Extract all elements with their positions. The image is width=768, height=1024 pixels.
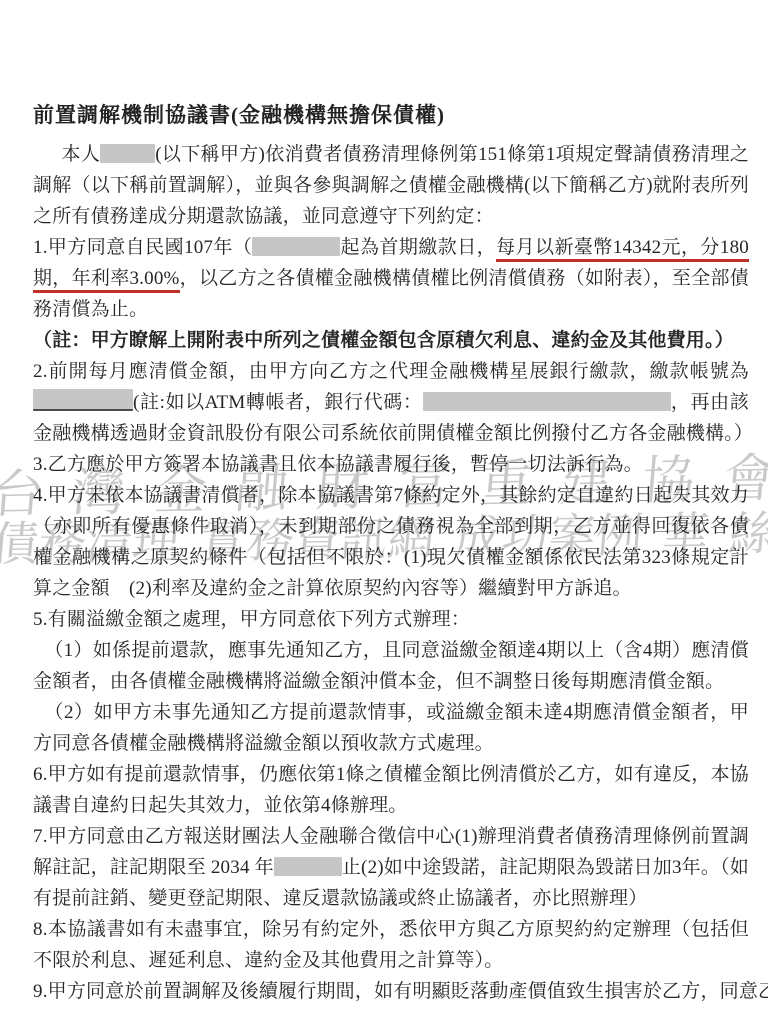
text-segment: 9.甲方同意於前置調解及後續履行期間，如有明顯貶落動產價值致生損害於乙方，同意乙… <box>33 981 768 1002</box>
text-segment: 5.有關溢繳金額之處理，甲方同意依下列方式辦理： <box>33 609 470 630</box>
text-segment: 6.甲方如有提前還款情事，仍應依第1條之債權金額比例清償於乙方，如有違反，本協議… <box>33 764 749 816</box>
paragraph-clause-7: 7.甲方同意由乙方報送財團法人金融聯合徵信中心(1)辦理消費者債務清理條例前置調… <box>33 821 749 914</box>
paragraph-clause-4: 4.甲方未依本協議書清償者，除本協議書第7條約定外，其餘約定自違約日起失其效力（… <box>33 480 749 604</box>
text-segment: 本人 <box>62 144 101 165</box>
paragraph-clause-6: 6.甲方如有提前還款情事，仍應依第1條之債權金額比例清償於乙方，如有違反，本協議… <box>33 759 749 821</box>
paragraph-clause-1: 1.甲方同意自民國107年（起為首期繳款日，每月以新臺幣14342元，分180期… <box>33 232 749 325</box>
paragraph-clause-5-1: （1）如係提前還款，應事先通知乙方，且同意溢繳金額達4期以上（含4期）應清償金額… <box>33 635 749 697</box>
paragraph-intro: 本人(以下稱甲方)依消費者債務清理條例第151條第1項規定聲請債務清理之調解（以… <box>33 139 749 232</box>
paragraph-clause-3: 3.乙方應於甲方簽署本協議書且依本協議書履行後，暫停一切法訴行為。 <box>33 449 749 480</box>
text-segment: （2）如甲方未事先通知乙方提前還款情事，或溢繳金額未達4期應清償金額者，甲方同意… <box>33 702 749 754</box>
paragraph-clause-5-2: （2）如甲方未事先通知乙方提前還款情事，或溢繳金額未達4期應清償金額者，甲方同意… <box>33 697 749 759</box>
redaction-box <box>423 392 671 411</box>
paragraph-clause-8: 8.本協議書如有未盡事宜，除另有約定外，悉依甲方與乙方原契約約定辦理（包括但不限… <box>33 914 749 976</box>
text-segment: 8.本協議書如有未盡事宜，除另有約定外，悉依甲方與乙方原契約約定辦理（包括但不限… <box>33 919 749 971</box>
text-segment: 2.前開每月應清償金額，由甲方向乙方之代理金融機構星展銀行繳款，繳款帳號為 <box>33 361 749 382</box>
paragraph-clause-5: 5.有關溢繳金額之處理，甲方同意依下列方式辦理： <box>33 604 749 635</box>
redaction-box <box>100 144 155 163</box>
redaction-box <box>274 857 342 876</box>
text-segment: 3.乙方應於甲方簽署本協議書且依本協議書履行後，暫停一切法訴行為。 <box>33 454 643 475</box>
text-segment: (註:如以ATM轉帳者，銀行代碼： <box>133 392 423 413</box>
paragraph-clause-1-note: （註：甲方瞭解上開附表中所列之債權金額包含原積欠利息、違約金及其他費用。） <box>33 325 749 356</box>
paragraph-clause-2: 2.前開每月應清償金額，由甲方向乙方之代理金融機構星展銀行繳款，繳款帳號為(註:… <box>33 356 749 449</box>
text-segment: 1.甲方同意自民國107年（ <box>33 237 252 258</box>
text-segment: 起為首期繳款日， <box>340 237 496 258</box>
paragraph-clause-9: 9.甲方同意於前置調解及後續履行期間，如有明顯貶落動產價值致生損害於乙方，同意乙… <box>33 976 749 1007</box>
document-content: 前置調解機制協議書(金融機構無擔保債權) 本人(以下稱甲方)依消費者債務清理條例… <box>33 100 749 1007</box>
redaction-box <box>252 237 340 256</box>
document-title: 前置調解機制協議書(金融機構無擔保債權) <box>33 100 749 130</box>
redaction-box <box>33 389 133 411</box>
text-segment: （註：甲方瞭解上開附表中所列之債權金額包含原積欠利息、違約金及其他費用。） <box>33 330 734 351</box>
text-segment: 4.甲方未依本協議書清償者，除本協議書第7條約定外，其餘約定自違約日起失其效力（… <box>33 485 749 599</box>
text-segment: （1）如係提前還款，應事先通知乙方，且同意溢繳金額達4期以上（含4期）應清償金額… <box>33 640 749 692</box>
scanned-document-page: { "colors": { "page_background": "#fffff… <box>0 0 768 1024</box>
document-body: 本人(以下稱甲方)依消費者債務清理條例第151條第1項規定聲請債務清理之調解（以… <box>33 139 749 1007</box>
